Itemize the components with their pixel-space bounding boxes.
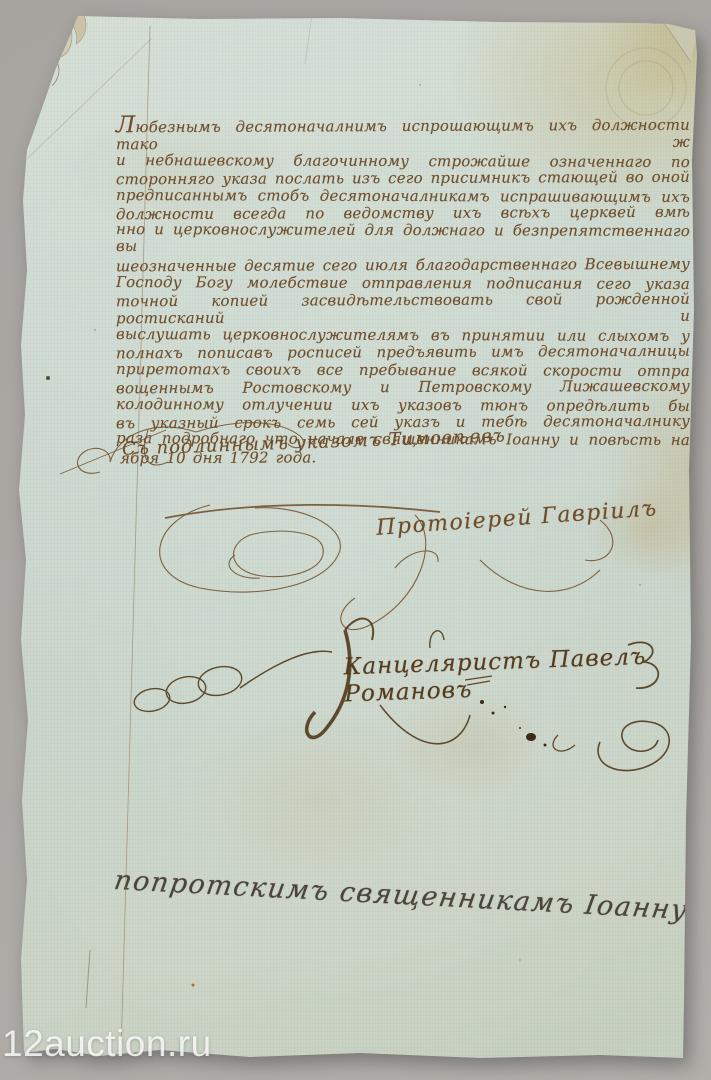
signature-clerk: Канцеляристъ Павелъ Романовъ <box>343 642 711 709</box>
docket-note: попротскимъ священникамъ Іоанну <box>112 865 691 927</box>
manuscript-line: нно и церковнослужителей для должнаго и … <box>116 221 690 258</box>
photo-background: Любезнымъ десятоначалнимъ испрошающимъ и… <box>0 0 711 1080</box>
manuscript-line: точной копией засвидѣтельствовать свой р… <box>116 291 690 328</box>
corner-fold <box>664 23 697 62</box>
manuscript-line: Любезнымъ десятоначалнимъ испрошающимъ и… <box>116 115 690 154</box>
torn-edge-curls <box>52 14 86 86</box>
watermark: 12auction.ru <box>2 1024 212 1064</box>
manuscript-text-block: Любезнымъ десятоначалнимъ испрошающимъ и… <box>116 116 690 466</box>
paper-shadow: Любезнымъ десятоначалнимъ испрошающимъ и… <box>0 0 711 1080</box>
manuscript-page: Любезнымъ десятоначалнимъ испрошающимъ и… <box>0 0 711 1080</box>
signature-archpriest: Протоіерей Гавріилъ <box>375 496 658 542</box>
